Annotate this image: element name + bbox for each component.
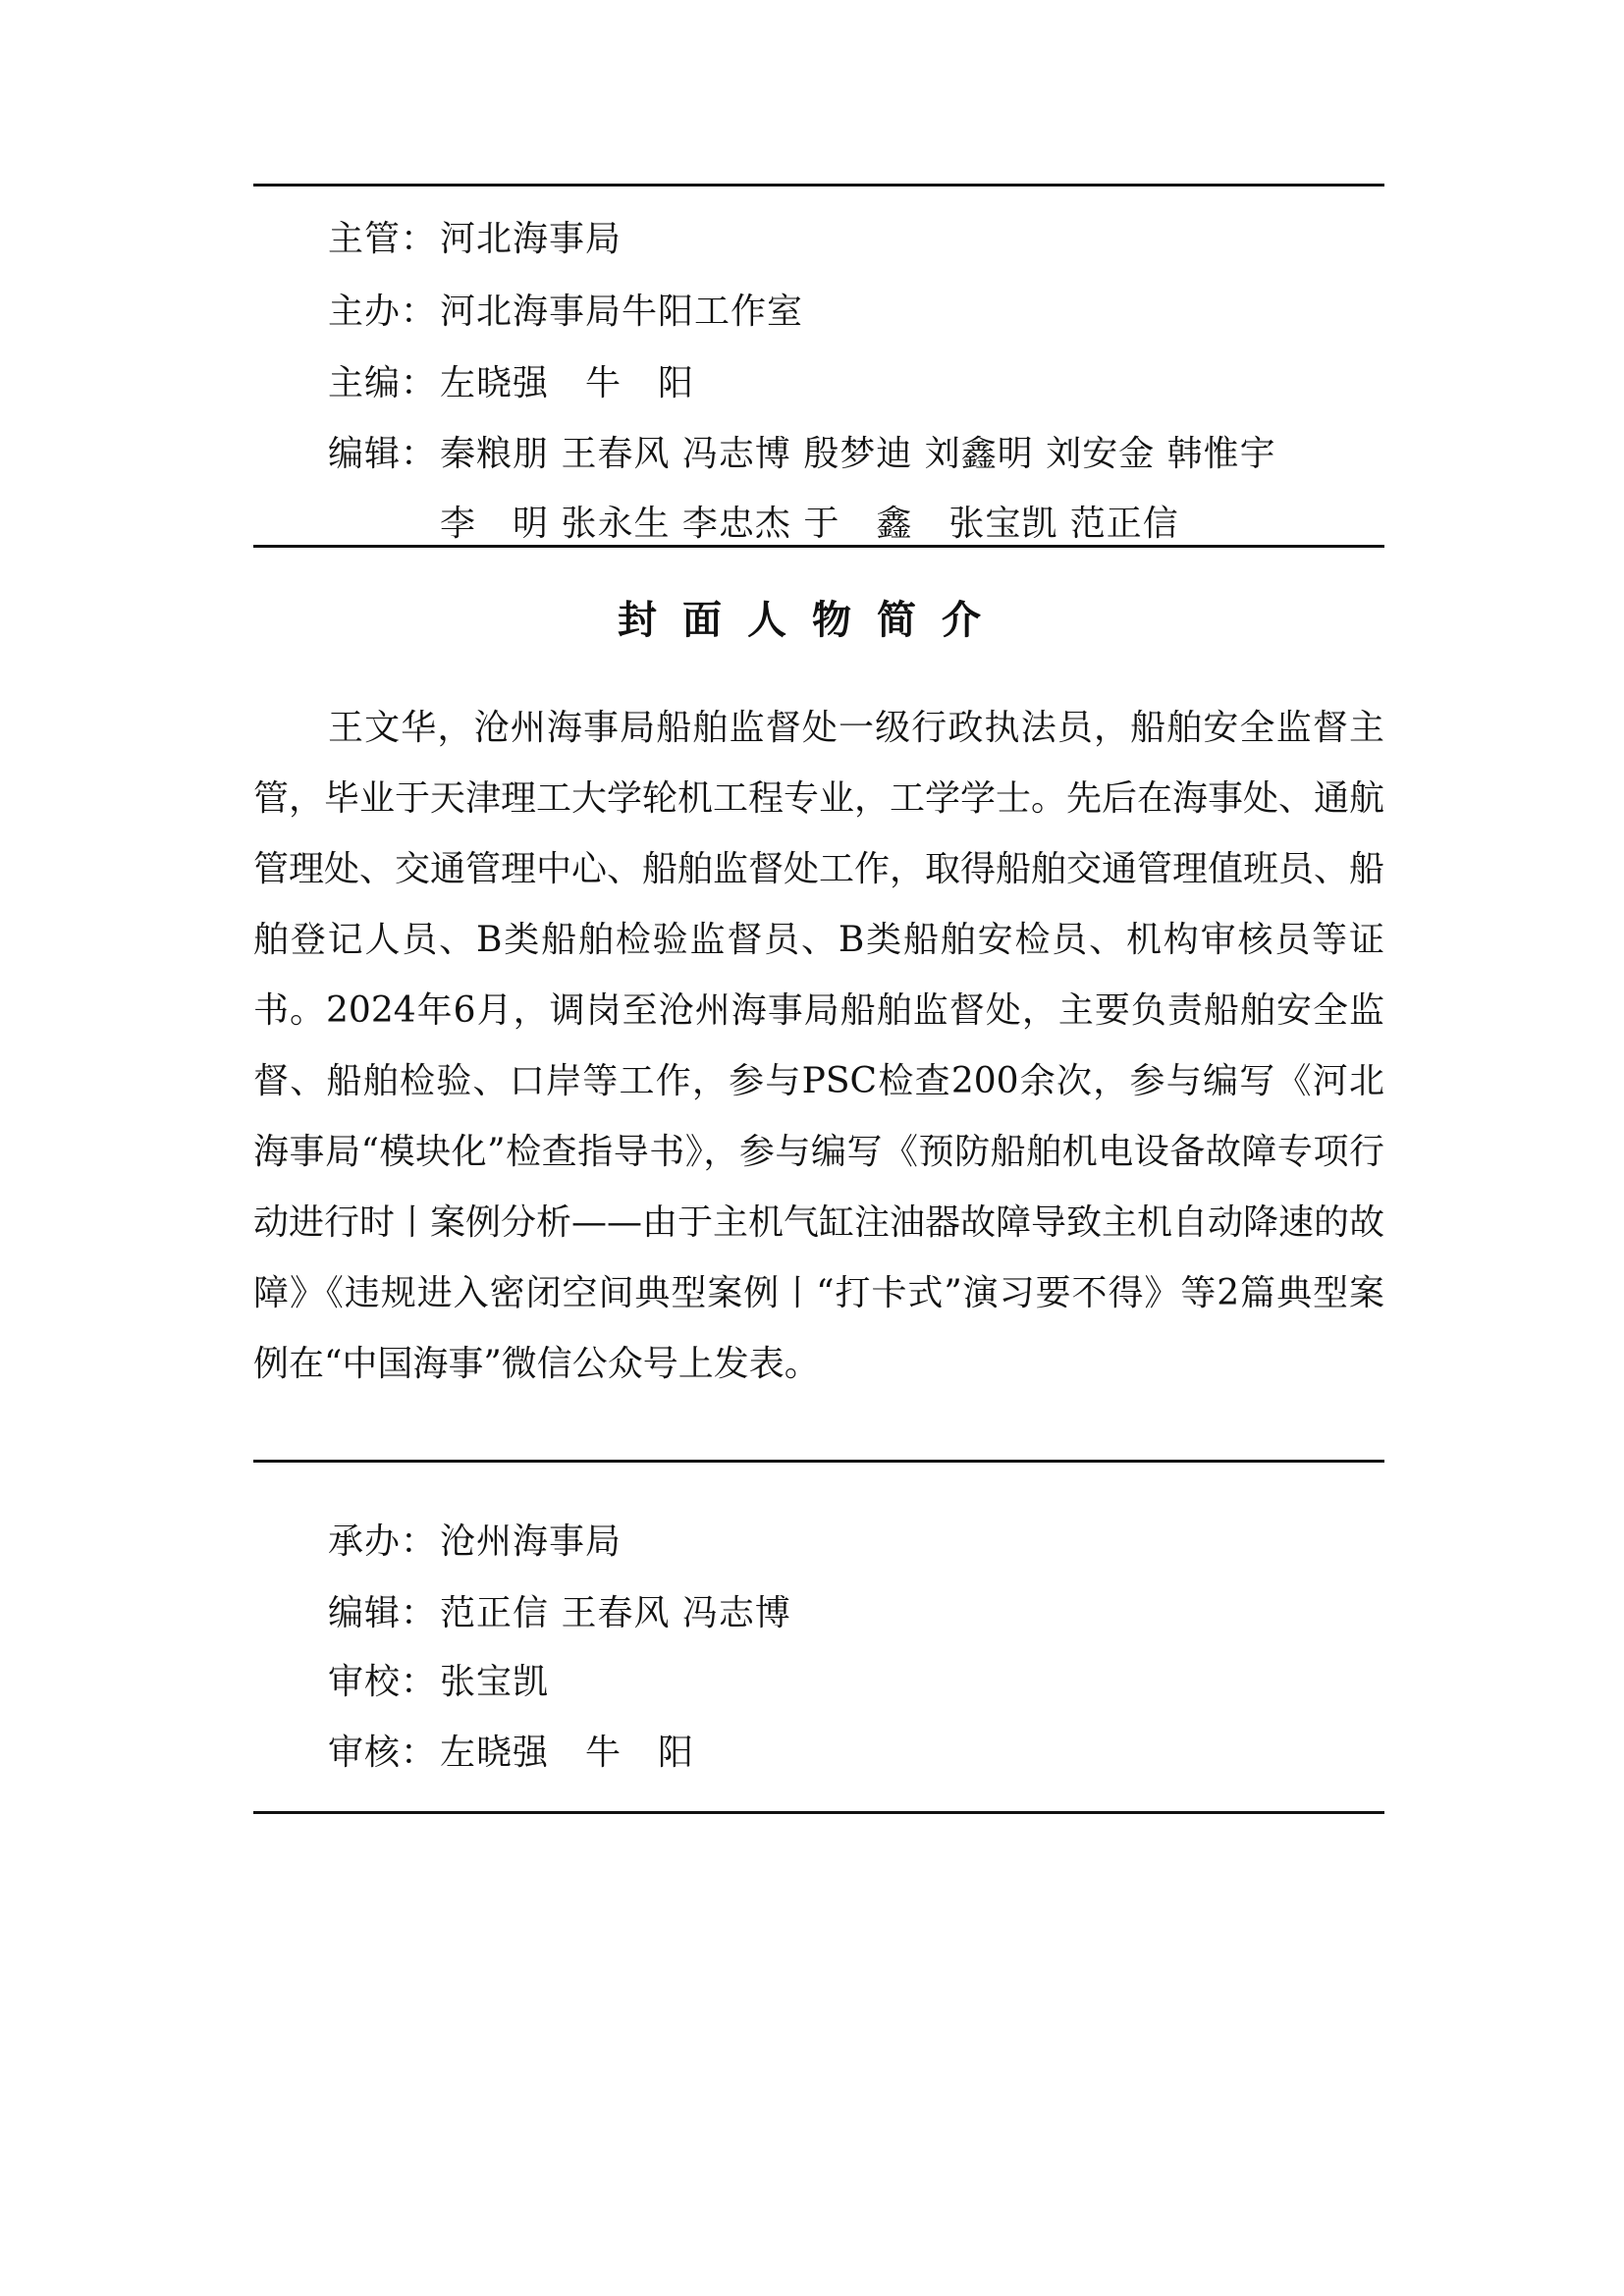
credits-row-reviewer: 审核：左晓强 牛 阳 xyxy=(328,1730,694,1777)
credits-row-proofreader: 审校：张宝凯 xyxy=(328,1659,549,1706)
masthead-label: 编辑： xyxy=(328,431,440,478)
cover-profile-title: 封面人物简介 xyxy=(0,595,1624,646)
masthead-value: 左晓强 牛 阳 xyxy=(440,363,694,403)
profile-bottom-rule xyxy=(253,1460,1384,1463)
masthead-row-supervisor: 主管：河北海事局 xyxy=(328,216,622,263)
masthead-label: 主办： xyxy=(328,289,440,336)
credits-row-organizer: 承办：沧州海事局 xyxy=(328,1519,622,1566)
top-rule xyxy=(253,184,1384,187)
credits-label: 审校： xyxy=(328,1659,440,1706)
credits-value: 张宝凯 xyxy=(440,1662,549,1702)
masthead-row-editors: 编辑：秦粮朋 王春风 冯志博 殷梦迪 刘鑫明 刘安金 韩惟宇 xyxy=(328,431,1276,478)
masthead-label: 主编： xyxy=(328,360,440,407)
credits-label: 承办： xyxy=(328,1519,440,1566)
credits-value: 左晓强 牛 阳 xyxy=(440,1733,694,1773)
masthead-editors-continuation: 李 明 张永生 李忠杰 于 鑫 张宝凯 范正信 xyxy=(440,501,1179,548)
cover-profile-paragraph: 王文华，沧州海事局船舶监督处一级行政执法员，船舶安全监督主管，毕业于天津理工大学… xyxy=(253,693,1384,1400)
credits-bottom-rule xyxy=(253,1811,1384,1814)
credits-row-editors: 编辑：范正信 王春风 冯志博 xyxy=(328,1590,791,1637)
cover-profile-body: 王文华，沧州海事局船舶监督处一级行政执法员，船舶安全监督主管，毕业于天津理工大学… xyxy=(253,693,1384,1400)
masthead-value: 秦粮朋 王春风 冯志博 殷梦迪 刘鑫明 刘安金 韩惟宇 xyxy=(440,434,1276,474)
credits-value: 沧州海事局 xyxy=(440,1522,622,1562)
credits-label: 编辑： xyxy=(328,1590,440,1637)
masthead-label: 主管： xyxy=(328,216,440,263)
masthead-row-chief-editor: 主编：左晓强 牛 阳 xyxy=(328,360,694,407)
credits-label: 审核： xyxy=(328,1730,440,1777)
credits-value: 范正信 王春风 冯志博 xyxy=(440,1593,791,1633)
masthead-value: 河北海事局牛阳工作室 xyxy=(440,292,803,332)
masthead-value: 河北海事局 xyxy=(440,219,622,259)
masthead-row-sponsor: 主办：河北海事局牛阳工作室 xyxy=(328,289,803,336)
masthead-bottom-rule xyxy=(253,545,1384,548)
